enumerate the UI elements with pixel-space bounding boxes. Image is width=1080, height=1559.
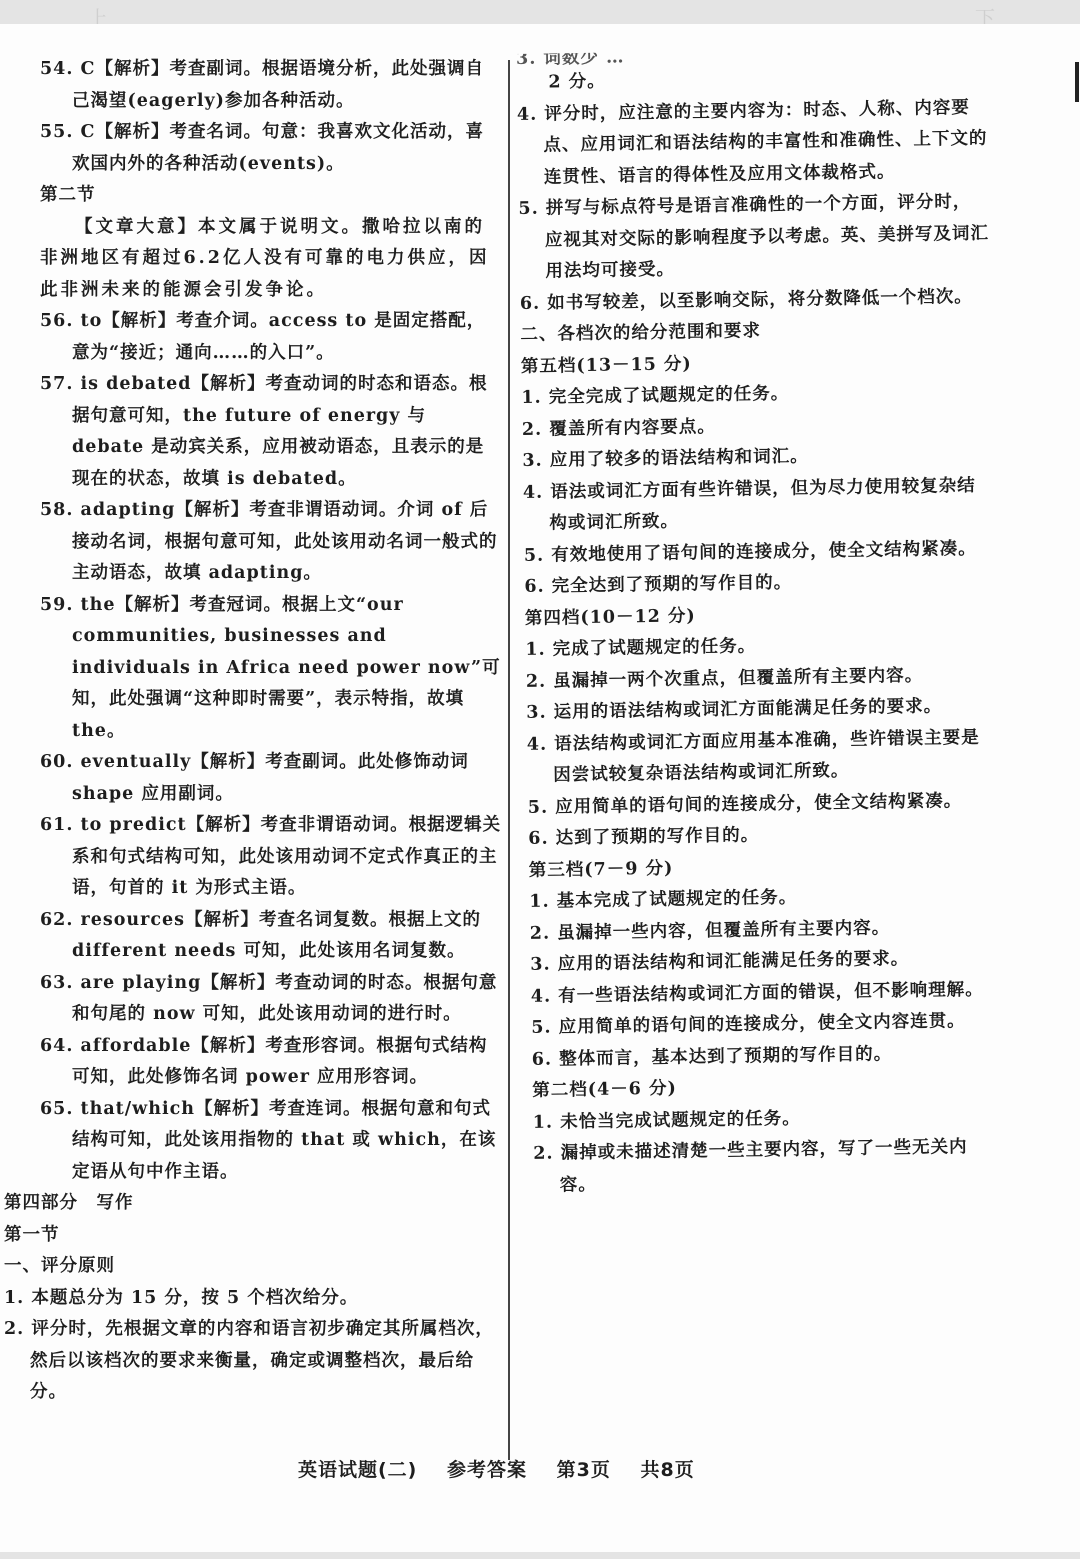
page-footer: 英语试题(二) 参考答案 第3页 共8页 <box>298 1455 717 1482</box>
section-1-title: 第一节 <box>4 1220 502 1252</box>
answer-64: 64. affordable【解析】考查形容词。根据句式结构可知，此处修饰名词 … <box>40 1031 502 1094</box>
answer-63: 63. are playing【解析】考查动词的时态。根据句意和句尾的 now … <box>40 968 502 1031</box>
grade-5-item: 4. 语法或词汇方面有些许错误，但为尽力使用较复杂结构或词汇所致。 <box>523 470 994 540</box>
footer-page-number: 第3页 <box>557 1459 611 1481</box>
column-divider <box>508 60 510 1460</box>
footer-page-total: 共8页 <box>641 1459 695 1481</box>
principle-5: 5. 拼写与标点符号是语言准确性的一个方面，评分时，应视其对交际的影响程度予以考… <box>518 187 989 289</box>
answer-55: 55. C【解析】考查名词。句意：我喜欢文化活动，喜欢国内外的各种活动(even… <box>40 117 502 180</box>
left-column: 54. C【解析】考查副词。根据语境分析，此处强调自己渴望(eagerly)参加… <box>40 54 502 1409</box>
principle-2: 2. 评分时，先根据文章的内容和语言初步确定其所属档次，然后以该档次的要求来衡量… <box>4 1314 502 1409</box>
right-column: 3. 词数少 … 2 分。 4. 评分时，应注意的主要内容为：时态、人称、内容要… <box>516 47 1004 1202</box>
viewer-top-bar: 上 下 <box>0 0 1080 24</box>
principle-4: 4. 评分时，应注意的主要内容为：时态、人称、内容要点、应用词汇和语法结构的丰富… <box>517 92 988 194</box>
answer-62: 62. resources【解析】考查名词复数。根据上文的 different … <box>40 905 502 968</box>
answer-54: 54. C【解析】考查副词。根据语境分析，此处强调自己渴望(eagerly)参加… <box>40 54 502 117</box>
answer-65: 65. that/which【解析】考查连词。根据句意和句式结构可知，此处该用指… <box>40 1094 502 1189</box>
answer-59: 59. the【解析】考查冠词。根据上文“our communities, bu… <box>40 590 502 748</box>
passage-summary: 【文章大意】本文属于说明文。撒哈拉以南的非洲地区有超过6.2亿人没有可靠的电力供… <box>40 212 502 307</box>
section-2-title: 第二节 <box>40 180 502 212</box>
part-4-title: 第四部分 写作 <box>4 1188 502 1220</box>
page-edge-mark <box>1075 62 1079 102</box>
footer-subject: 英语试题(二) <box>298 1459 417 1481</box>
principle-1: 1. 本题总分为 15 分，按 5 个档次给分。 <box>4 1283 502 1315</box>
answer-61: 61. to predict【解析】考查非谓语动词。根据逻辑关系和句式结构可知，… <box>40 810 502 905</box>
viewer-bottom-bar <box>0 1552 1080 1559</box>
answer-56: 56. to【解析】考查介词。access to 是固定搭配，意为“接近；通向…… <box>40 306 502 369</box>
scoring-principles-title: 一、评分原则 <box>4 1251 502 1283</box>
answer-60: 60. eventually【解析】考查副词。此处修饰动词 shape 应用副词… <box>40 747 502 810</box>
answer-57: 57. is debated【解析】考查动词的时态和语态。根据句意可知，the … <box>40 369 502 495</box>
grade-4-item: 4. 语法结构或词汇方面应用基本准确，些许错误主要是因尝试较复杂语法结构或词汇所… <box>527 722 998 792</box>
answer-58: 58. adapting【解析】考查非谓语动词。介词 of 后接动名词，根据句意… <box>40 495 502 590</box>
grade-2-item: 2. 漏掉或未描述清楚一些主要内容，写了一些无关内容。 <box>533 1131 1004 1201</box>
footer-label: 参考答案 <box>447 1459 527 1481</box>
